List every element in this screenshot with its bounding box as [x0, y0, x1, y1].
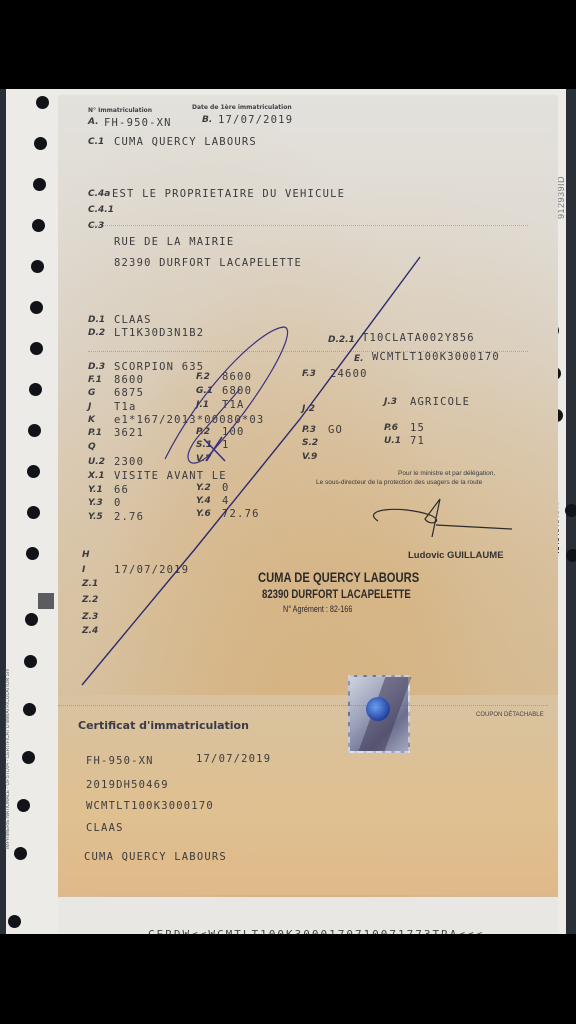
- document-photo: 2M0491564926​2 912939ID IMPRIMERIE NATIO…: [0, 89, 576, 934]
- handwritten-pen-marks: [0, 89, 576, 934]
- official-signature: [374, 499, 512, 537]
- mrz-line: CERDW<<WCMTLT100K3000170710071773TRA<<<: [148, 926, 484, 934]
